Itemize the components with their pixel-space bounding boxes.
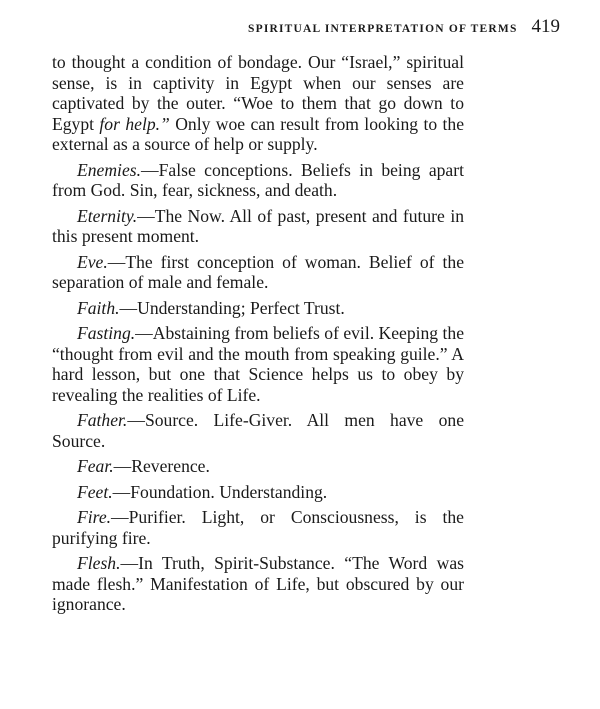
book-page: SPIRITUAL INTERPRETATION OF TERMS 419 to… [0,0,600,709]
entry-definition: —The first conception of woman. Belief o… [52,252,464,293]
glossary-entry-father: Father.—Source. Life-Giver. All men have… [52,410,464,451]
glossary-entry-eve: Eve.—The first conception of woman. Beli… [52,252,464,293]
entry-term: Feet. [77,482,113,502]
entry-term: Eternity. [77,206,137,226]
glossary-entry-faith: Faith.—Understanding; Perfect Trust. [52,298,464,319]
glossary-entry-fear: Fear.—Reverence. [52,456,464,477]
entry-definition: —Understanding; Perfect Trust. [120,298,345,318]
entry-term: Flesh. [77,553,121,573]
running-head: SPIRITUAL INTERPRETATION OF TERMS 419 [248,16,560,38]
entry-term: Eve. [77,252,108,272]
entry-term: Fear. [77,456,114,476]
glossary-entry-fasting: Fasting.—Abstaining from beliefs of evil… [52,323,464,405]
page-number: 419 [532,16,561,38]
entry-term: Fire. [77,507,111,527]
entry-term: Father. [77,410,127,430]
entry-term: Faith. [77,298,120,318]
italic-phrase: for help.” [99,114,169,134]
glossary-entry-fire: Fire.—Purifier. Light, or Consciousness,… [52,507,464,548]
entry-definition: —Purifier. Light, or Consciousness, is t… [52,507,464,548]
glossary-entry-enemies: Enemies.—False conceptions. Beliefs in b… [52,160,464,201]
entry-term: Fasting. [77,323,135,343]
glossary-entry-flesh: Flesh.—In Truth, Spirit-Substance. “The … [52,553,464,615]
entry-definition: —Reverence. [114,456,210,476]
continuation-paragraph: to thought a condition of bondage. Our “… [52,52,464,155]
entry-term: Enemies. [77,160,141,180]
body-text: to thought a condition of bondage. Our “… [52,52,464,620]
running-title: SPIRITUAL INTERPRETATION OF TERMS [248,23,518,35]
entry-definition: —Foundation. Understanding. [113,482,328,502]
glossary-entry-feet: Feet.—Foundation. Understanding. [52,482,464,503]
glossary-entry-eternity: Eternity.—The Now. All of past, present … [52,206,464,247]
